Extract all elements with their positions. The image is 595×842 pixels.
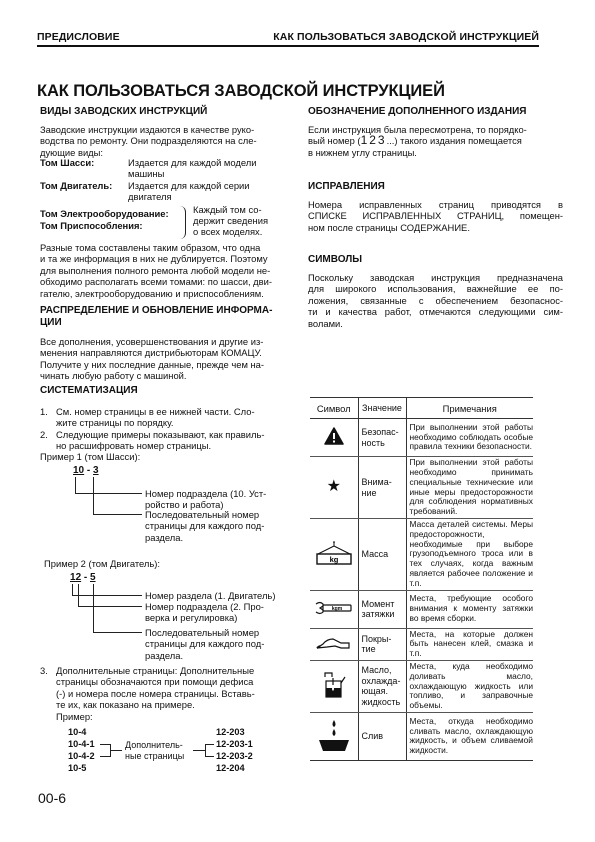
table-row: kgm Момент затяжки Места, требующие особ…: [310, 590, 533, 628]
symbol-cell: [310, 712, 358, 760]
supplement-codes-right: 12-203 12-203-1 12-203-2 12-204: [216, 726, 253, 774]
def-term: Том Двигатель:: [40, 180, 112, 191]
callout-line: [75, 493, 142, 494]
text-line: водства по ремонту. Они подразделяются н…: [40, 135, 295, 146]
note-cell: Места, куда необходимо доливать масло, о…: [406, 660, 533, 712]
types-intro: Заводские инструкции издаются в качестве…: [40, 124, 295, 158]
bracket-line: [110, 750, 122, 751]
symbol-cell: [310, 660, 358, 712]
svg-text:kgm: kgm: [332, 606, 343, 612]
def-desc: Издается для каждой модели машины: [128, 157, 256, 179]
supplement-label: Дополнитель- ные страницы: [125, 740, 184, 762]
symbol-cell: ★: [310, 457, 358, 519]
example1-callout-2: Последовательный номер страницы для кажд…: [145, 509, 264, 543]
section-heading-corrections: ИСПРАВЛЕНИЯ: [308, 181, 563, 193]
list-item-2: 2. Следующие примеры показывают, как пра…: [40, 429, 48, 440]
revision-number-glyphs: 123: [361, 133, 387, 147]
symbol-cell: kgm: [310, 590, 358, 628]
example2-callout-1: Номер раздела (1. Двигатель): [145, 590, 275, 601]
star-icon: ★: [327, 478, 341, 495]
note-cell: При выполнении этой работы необходимо пр…: [406, 457, 533, 519]
grouped-terms: Том Электрооборудование: Том Приспособле…: [40, 208, 169, 232]
meaning-cell: Безопас- ность: [358, 419, 406, 457]
table-row: kg Масса Масса деталей системы. Меры пре…: [310, 519, 533, 591]
callout-line: [72, 584, 73, 595]
meaning-cell: Покры- тие: [358, 628, 406, 660]
def-term: Том Шасси:: [40, 157, 94, 168]
example2-code: 12 - 5: [70, 572, 96, 583]
page-number: 00-6: [38, 790, 66, 806]
list-item-1: 1. См. номер страницы в ее нижней части.…: [40, 406, 48, 417]
section-heading-edition: ОБОЗНАЧЕНИЕ ДОПОЛНЕННОГО ИЗДАНИЯ: [308, 106, 563, 118]
edition-body: Если инструкция была пересмотрена, то по…: [308, 124, 563, 158]
table-header-row: Символ Значение Примечания: [310, 398, 533, 419]
bracket-line: [193, 750, 205, 751]
symbols-table: Символ Значение Примечания Безопас- ност…: [310, 397, 533, 761]
table-row: Покры- тие Места, на которые должен быть…: [310, 628, 533, 660]
meaning-cell: Масса: [358, 519, 406, 591]
meaning-cell: Внима- ние: [358, 457, 406, 519]
callout-line: [93, 477, 94, 514]
callout-line: [78, 606, 142, 607]
text-line: Заводские инструкции издаются в качестве…: [40, 124, 295, 135]
page-title: КАК ПОЛЬЗОВАТЬСЯ ЗАВОДСКОЙ ИНСТРУКЦИЕЙ: [37, 82, 445, 101]
meaning-cell: Масло, охлажда- ющая. жидкость: [358, 660, 406, 712]
callout-line: [93, 584, 94, 632]
table-row: Безопас- ность При выполнении этой работ…: [310, 419, 533, 457]
note-cell: Места, откуда необходимо сливать масло, …: [406, 712, 533, 760]
callout-line: [72, 595, 142, 596]
bracket-line: [205, 744, 214, 745]
supplement-codes-left: 10-4 10-4-1 10-4-2 10-5: [68, 726, 95, 774]
running-header-right: КАК ПОЛЬЗОВАТЬСЯ ЗАВОДСКОЙ ИНСТРУКЦИЕЙ: [273, 31, 539, 43]
def-desc: Издается для каждой серии двигателя: [128, 180, 250, 202]
warning-triangle-icon: [324, 427, 344, 445]
table-row: ★ Внима- ние При выполнении этой работы …: [310, 457, 533, 519]
note-cell: Места, на которые должен быть нанесен кл…: [406, 628, 533, 660]
meaning-cell: Слив: [358, 712, 406, 760]
bracket-line: [100, 744, 110, 745]
distribution-body: Все дополнения, усовершенствования и дру…: [40, 336, 295, 382]
section-heading-symbols: СИМВОЛЫ: [308, 254, 563, 266]
note-cell: Места, требующие особого внимания к моме…: [406, 590, 533, 628]
callout-line: [78, 584, 79, 606]
torque-wrench-icon: kgm: [314, 600, 354, 616]
example1-callout-1: Номер подраздела (10. Уст- ройство и раб…: [145, 488, 266, 511]
note-cell: При выполнении этой работы необходимо со…: [406, 419, 533, 457]
example1-label: Пример 1 (том Шасси):: [40, 451, 140, 462]
section-heading-systematization: СИСТЕМАТИЗАЦИЯ: [40, 385, 295, 397]
column-header-symbol: Символ: [310, 398, 358, 419]
svg-text:kg: kg: [329, 555, 338, 564]
note-cell: Масса деталей системы. Меры предосторожн…: [406, 519, 533, 591]
callout-line: [93, 514, 142, 515]
symbol-cell: [310, 628, 358, 660]
running-header-left: ПРЕДИСЛОВИЕ: [37, 31, 120, 43]
example2-callout-2: Номер подраздела (2. Про- верка и регули…: [145, 601, 264, 624]
drain-icon: [317, 718, 351, 752]
list-item-3: 3. Дополнительные страницы: Дополнительн…: [40, 665, 48, 676]
symbols-body: Поскольку заводская инструкция предназна…: [308, 272, 563, 329]
corrections-body: Номера исправленных страниц приводятся в…: [308, 199, 563, 233]
callout-line: [75, 477, 76, 493]
table-row: Слив Места, откуда необходимо сливать ма…: [310, 712, 533, 760]
types-outro: Разные тома составлены таким образом, чт…: [40, 242, 295, 299]
header-rule: [37, 45, 539, 47]
column-header-notes: Примечания: [406, 398, 533, 419]
section-heading-distribution: РАСПРЕДЕЛЕНИЕ И ОБНОВЛЕНИЕ ИНФОРМА- ЦИИ: [40, 305, 295, 328]
bracket-line: [100, 756, 110, 757]
symbol-cell: [310, 419, 358, 457]
callout-line: [93, 632, 142, 633]
weight-kg-icon: kg: [314, 540, 354, 566]
coating-tube-icon: [315, 635, 353, 651]
column-header-meaning: Значение: [358, 398, 406, 419]
symbol-cell: kg: [310, 519, 358, 591]
oil-can-icon: [322, 671, 346, 699]
meaning-cell: Момент затяжки: [358, 590, 406, 628]
example2-label: Пример 2 (том Двигатель):: [44, 558, 160, 569]
example2-callout-3: Последовательный номер страницы для кажд…: [145, 627, 264, 661]
table-row: Масло, охлажда- ющая. жидкость Места, ку…: [310, 660, 533, 712]
brace: [180, 206, 186, 239]
grouped-desc: Каждый том со- держит сведения о всех мо…: [193, 204, 273, 238]
example1-code: 10 - 3: [73, 465, 99, 476]
bracket-line: [205, 756, 214, 757]
section-heading-types: ВИДЫ ЗАВОДСКИХ ИНСТРУКЦИЙ: [40, 106, 295, 118]
